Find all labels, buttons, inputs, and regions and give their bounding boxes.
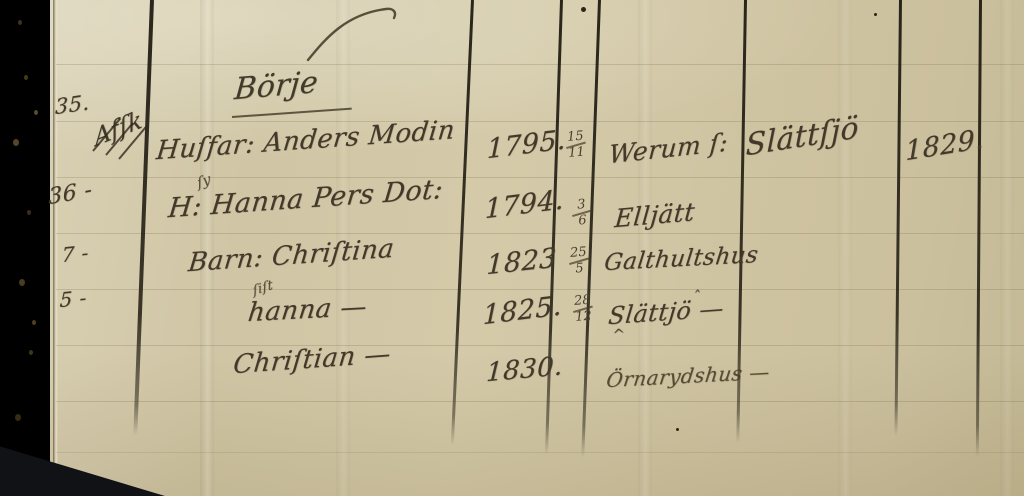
margin-number: 7 - [61, 240, 89, 267]
birth-date-fraction: 28 12 [572, 295, 594, 324]
pen-flourish [302, 2, 412, 64]
birth-month: 5 [569, 263, 590, 276]
birth-month: 6 [572, 215, 593, 228]
ink-speck [874, 13, 877, 16]
torn-page-edge [0, 0, 56, 496]
birth-date-fraction: 3 6 [571, 199, 593, 228]
birth-month: 11 [566, 147, 587, 160]
ruled-line [56, 452, 1024, 453]
ruled-line [56, 289, 1024, 290]
ruled-line [56, 233, 1024, 234]
page-edge-highlight [53, 0, 58, 496]
ruled-line [56, 345, 1024, 346]
ruled-line [56, 401, 1024, 402]
paper-light-shading [50, 0, 1024, 200]
margin-number: 5 - [59, 285, 87, 312]
edge-speckles [18, 20, 22, 25]
ink-speck [581, 7, 586, 12]
birth-date-fraction: 25 5 [568, 247, 590, 276]
caret-mark: ^ [612, 325, 626, 344]
margin-number: 35. [55, 90, 90, 119]
ruled-line [56, 121, 1024, 122]
paper-crease [1000, 0, 1014, 496]
person-name: hanna — [246, 292, 369, 328]
birth-month: 12 [573, 311, 594, 324]
document-scan: Börje 35. Afſk 36 - 7 - 5 - Huſfar: Ande… [0, 0, 1024, 496]
ink-speck [676, 428, 679, 431]
birth-date-fraction: 15 11 [565, 131, 587, 160]
paper-dark-shading [50, 316, 1024, 496]
paper-crease [838, 0, 852, 496]
ruled-line [56, 64, 1024, 65]
